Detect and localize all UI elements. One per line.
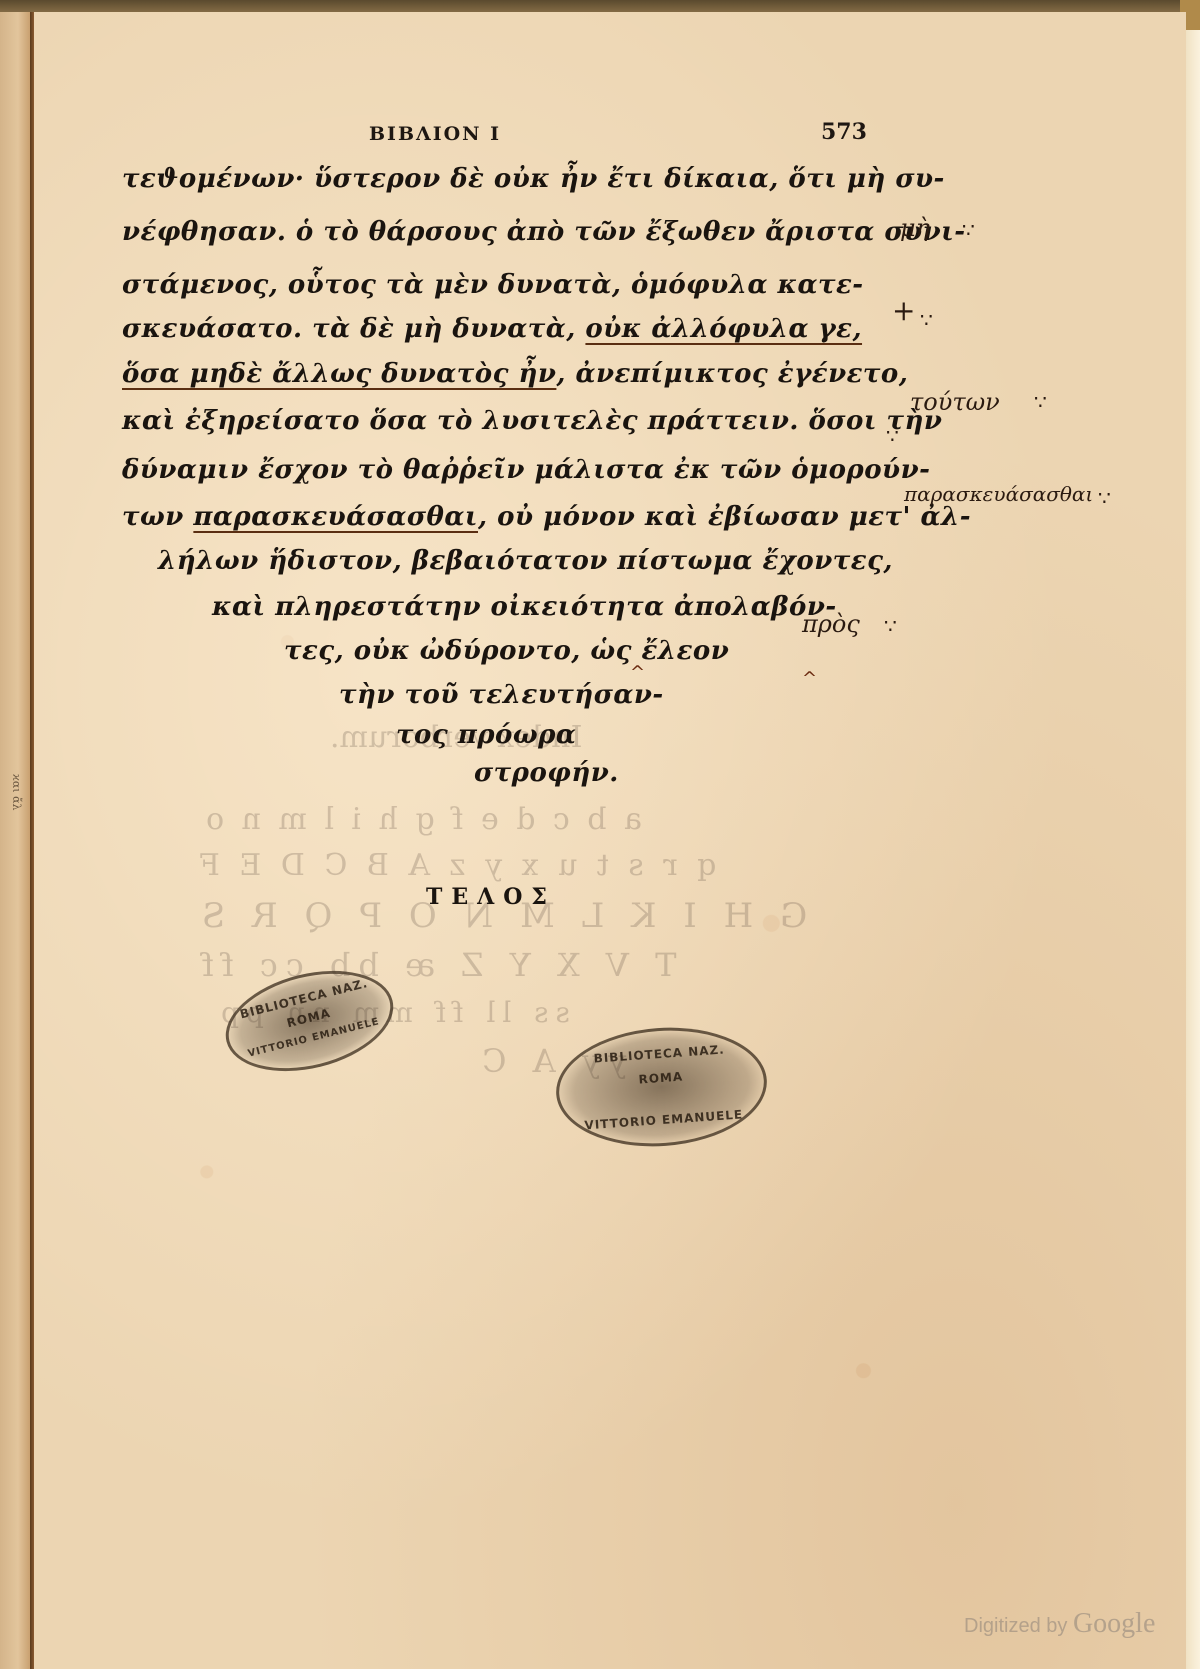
therefore-mark: ∵ <box>1034 390 1047 414</box>
marginal-note: παρασκευάσασθαι <box>904 482 1093 506</box>
text-span: , οὐ μόνον καὶ ἐβίωσαν μετ' ἀλ- <box>478 502 971 532</box>
facing-page-margin-note: ϰαι ἄλ <box>4 774 26 811</box>
bleed-through-line: T V X Y Z æ bb cc ff <box>194 946 677 984</box>
text-line: τες, οὐκ ὠδύροντο, ὡς ἔλεον <box>284 636 729 666</box>
text-line: καὶ πληρεστάτην οἰκειότητα ἀπολαβόν- <box>212 592 837 622</box>
text-span: , ἀνεπίμικτος ἐγένετο, <box>556 359 908 389</box>
underlined-phrase: παρασκευάσασθαι <box>193 502 478 532</box>
library-stamp: BIBLIOTECA NAZ. ROMA VITTORIO EMANUELE <box>552 1021 771 1153</box>
text-line: λήλων ἥδιστον, βεβαιότατον πίστωμα ἔχοντ… <box>158 546 893 576</box>
bleed-through-line: a b c d e f g h i l m n o <box>202 802 642 837</box>
running-head: ΒΙΒΛΙΟΝ Ι <box>369 123 501 145</box>
marginal-note: πρὸς <box>802 610 860 638</box>
marginal-note: τούτων <box>910 388 1000 416</box>
therefore-mark: ∵ <box>1098 486 1111 510</box>
text-span: σκευάσατο. τὰ δὲ μὴ δυνατὰ, <box>122 314 576 344</box>
text-line: στάμενος, οὗτος τὰ μὲν δυνατὰ, ὁμόφυλα κ… <box>122 270 864 300</box>
text-line: σκευάσατο. τὰ δὲ μὴ δυνατὰ, οὐκ ἀλλόφυλα… <box>122 314 862 344</box>
bleed-through-line: q r s t u x y z A B C D E F <box>194 848 716 883</box>
colophon-telos: ΤΕΛΟΣ <box>426 884 556 910</box>
marginal-note: + <box>892 294 915 327</box>
underlined-phrase: ὅσα μηδὲ ἄλλως δυνατὸς ἦν <box>122 359 556 389</box>
digitized-watermark: Digitized by Google <box>964 1608 1155 1640</box>
therefore-mark: ∵ <box>886 424 899 448</box>
text-line: τὴν τοῦ τελευτήσαν- <box>339 680 664 710</box>
insertion-caret: ^ <box>630 662 645 683</box>
text-line: καὶ ἐξηρείσατο ὅσα τὸ λυσιτελὲς πράττειν… <box>122 406 942 436</box>
facing-page-edge: ϰαι ἄλ <box>0 12 30 1669</box>
stamp-text-mid: ROMA <box>558 1064 763 1092</box>
page-number: 573 <box>821 119 867 145</box>
marginal-note: μὴ <box>900 214 930 242</box>
text-line: νέφθησαν. ὁ τὸ θάρσους ἀπὸ τῶν ἔξωθεν ἄρ… <box>122 217 966 247</box>
therefore-mark: ∵ <box>884 614 897 638</box>
text-line: ὅσα μηδὲ ἄλλως δυνατὸς ἦν, ἀνεπίμικτος ἐ… <box>122 359 908 389</box>
therefore-mark: ∵ <box>920 308 933 332</box>
insertion-caret: ^ <box>802 668 817 689</box>
text-line: δύναμιν ἔσχον τὸ θαῤῥεῖν μάλιστα ἐκ τῶν … <box>122 455 930 485</box>
text-line: τεϑομένων· ὕστερον δὲ οὐκ ἦν ἔτι δίκαια,… <box>122 164 945 194</box>
underlined-phrase: οὐκ ἀλλόφυλα γε, <box>585 314 862 344</box>
watermark-prefix: Digitized by <box>964 1615 1067 1637</box>
watermark-brand: Google <box>1073 1608 1155 1639</box>
text-line: τος πρόωρα <box>396 720 576 750</box>
page-header: ΒΙΒΛΙΟΝ Ι 573 <box>34 115 1186 145</box>
book-page: Index verborum. a b c d e f g h i l m n … <box>34 12 1186 1669</box>
stamp-text-bottom: VITTORIO EMANUELE <box>561 1106 766 1134</box>
text-line: στροφήν. <box>474 758 619 788</box>
text-line: των παρασκευάσασθαι, οὐ μόνον καὶ ἐβίωσα… <box>122 502 971 532</box>
therefore-mark: ∵ <box>962 218 975 242</box>
text-span: των <box>122 502 184 532</box>
right-page-edge <box>1186 30 1200 1669</box>
